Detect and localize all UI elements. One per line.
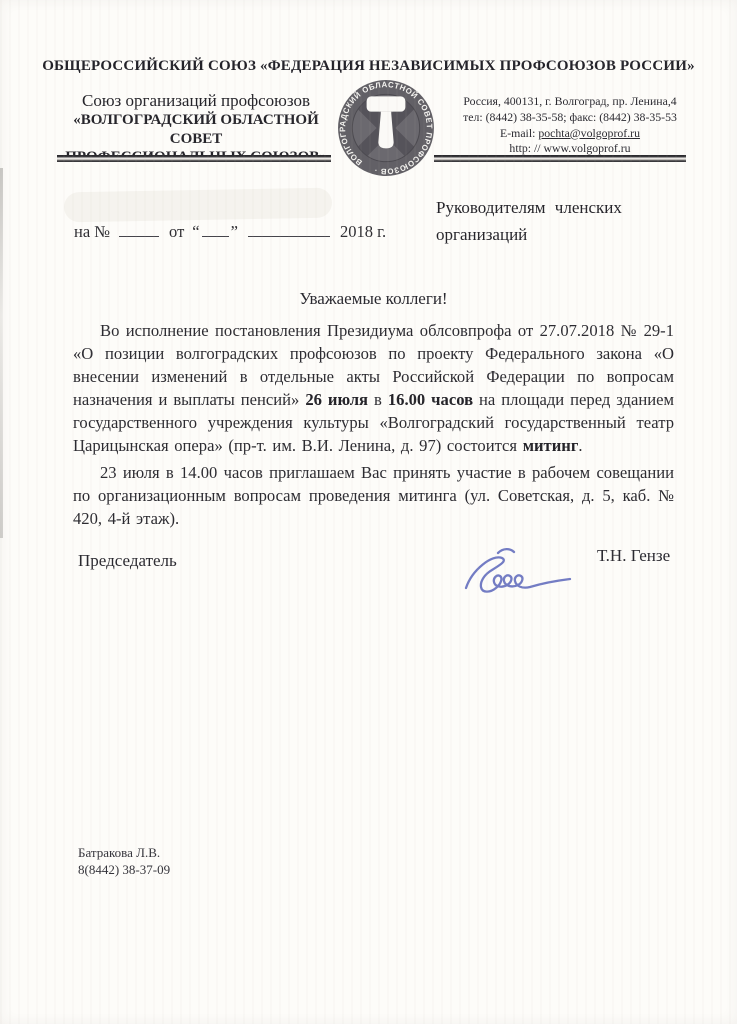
letterhead-rule-right bbox=[434, 155, 686, 162]
email-label: E-mail: bbox=[500, 126, 538, 140]
address-line: Россия, 400131, г. Волгоград, пр. Ленина… bbox=[447, 94, 693, 110]
email-link[interactable]: pochta@volgoprof.ru bbox=[538, 126, 640, 140]
addressee-line2: организаций bbox=[436, 221, 696, 248]
correction-smudge bbox=[64, 188, 332, 223]
ref-quote-close: ” bbox=[231, 222, 238, 242]
signature-scribble bbox=[452, 544, 586, 602]
greeting: Уважаемые коллеги! bbox=[73, 289, 674, 309]
addressee-block: Руководителям членских организаций bbox=[436, 194, 696, 248]
p1-bold-event: митинг bbox=[523, 436, 579, 455]
p1-bold-date: 26 июля bbox=[305, 390, 368, 409]
letter-page: ОБЩЕРОССИЙСКИЙ СОЮЗ «ФЕДЕРАЦИЯ НЕЗАВИСИМ… bbox=[0, 0, 737, 1024]
p1-text-2: в bbox=[368, 390, 388, 409]
ref-quote-open: “ bbox=[192, 222, 199, 242]
body-paragraph-1: Во исполнение постановления Президиума о… bbox=[73, 319, 674, 457]
federation-title: ОБЩЕРОССИЙСКИЙ СОЮЗ «ФЕДЕРАЦИЯ НЕЗАВИСИМ… bbox=[0, 58, 737, 75]
ref-prefix: на № bbox=[74, 222, 110, 242]
org-name-line1: Союз организаций профсоюзов bbox=[48, 90, 344, 111]
reference-line: на № от “ ” 2018 г. bbox=[74, 222, 386, 242]
ref-month-blank bbox=[248, 222, 330, 237]
executor-phone: 8(8442) 38-37-09 bbox=[78, 862, 170, 879]
signer-title: Председатель bbox=[78, 551, 177, 571]
letterhead-rule-left bbox=[57, 155, 331, 162]
signature-ink bbox=[466, 549, 570, 592]
phone-fax-line: тел: (8442) 38-35-58; факс: (8442) 38-35… bbox=[447, 110, 693, 126]
body-paragraph-2: 23 июля в 14.00 часов приглашаем Вас при… bbox=[73, 461, 674, 530]
executor-contact-block: Батракова Л.В. 8(8442) 38-37-09 bbox=[78, 845, 170, 878]
p1-text-4: . bbox=[578, 436, 582, 455]
signer-name: Т.Н. Гензе bbox=[597, 546, 670, 566]
email-line: E-mail: pochta@volgoprof.ru bbox=[447, 126, 693, 142]
executor-name: Батракова Л.В. bbox=[78, 845, 170, 862]
p1-bold-time: 16.00 часов bbox=[388, 390, 473, 409]
ref-ot-label: от bbox=[169, 222, 184, 242]
scan-edge-artifact bbox=[0, 168, 3, 538]
org-name-line2: «ВОЛГОГРАДСКИЙ ОБЛАСТНОЙ СОВЕТ bbox=[48, 111, 344, 148]
ref-day-blank bbox=[202, 222, 229, 237]
ref-year: 2018 г. bbox=[340, 222, 386, 242]
addressee-line1: Руководителям членских bbox=[436, 194, 696, 221]
union-emblem-icon: ВОЛГОГРАДСКИЙ ОБЛАСТНОЙ СОВЕТ ПРОФСОЮЗОВ… bbox=[336, 78, 436, 178]
letter-body: Во исполнение постановления Президиума о… bbox=[73, 319, 674, 530]
ref-number-blank bbox=[119, 222, 159, 237]
contact-block: Россия, 400131, г. Волгоград, пр. Ленина… bbox=[447, 94, 693, 157]
